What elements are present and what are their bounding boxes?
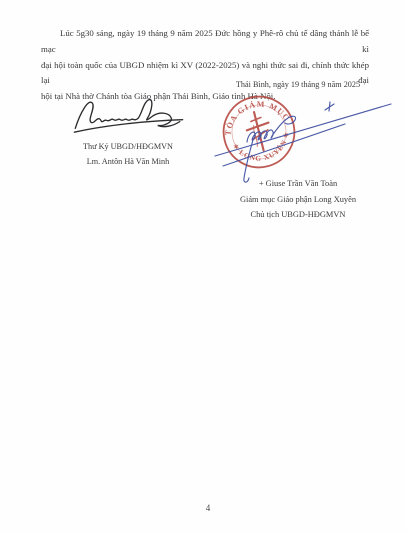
bishop-name: + Giuse Trần Văn Toàn [205,176,391,192]
secretary-role: Thư Ký UBGD/HĐGMVN [52,139,204,154]
bishop-titles: + Giuse Trần Văn Toàn Giám mục Giáo phận… [205,176,391,223]
bishop-signature-block: Thái Bình, ngày 19 tháng 9 năm 2025 [205,80,391,89]
secretary-name: Lm. Antôn Hà Văn Minh [52,154,204,169]
secretary-titles: Thư Ký UBGD/HĐGMVN Lm. Antôn Hà Văn Minh [52,139,204,169]
page-number: 4 [196,503,220,513]
paragraph-line: Lúc 5g30 sáng, ngày 19 tháng 9 năm 2025 … [41,26,369,58]
bishop-role-2: Chủ tịch UBGD-HĐGMVN [205,207,391,223]
bishop-role-1: Giám mục Giáo phận Long Xuyên [205,192,391,208]
handwritten-signature-icon [65,90,191,136]
secretary-signature-block: Thư Ký UBGD/HĐGMVN Lm. Antôn Hà Văn Minh [52,90,204,169]
document-page: Lúc 5g30 sáng, ngày 19 tháng 9 năm 2025 … [0,0,407,534]
dateline: Thái Bình, ngày 19 tháng 9 năm 2025 [205,80,391,89]
